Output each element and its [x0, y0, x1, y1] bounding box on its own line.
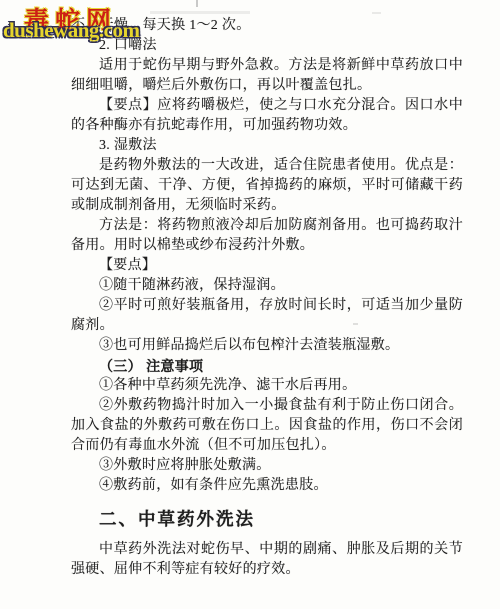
scan-artifact: [150, 11, 250, 14]
list-item-precaution-4: ④敷药前，如有条件应先熏洗患肢。: [71, 476, 463, 496]
heading-section-3-precautions: （三） 注意事项: [71, 356, 463, 376]
watermark-site-url: dushewang.com: [3, 18, 139, 43]
scanned-document-page: 不易干燥，每天换 1～2 次。 2. 口嚼法 适用于蛇伤早期与野外急救。方法是将…: [0, 0, 500, 609]
label-keypoints: 【要点】: [71, 256, 463, 276]
heading-method-3-wet-compress: 3. 湿敷法: [71, 136, 463, 156]
list-item-precaution-1: ①各种中草药须先洗净、滤干水后再用。: [71, 376, 463, 396]
document-body: 不易干燥，每天换 1～2 次。 2. 口嚼法 适用于蛇伤早期与野外急救。方法是将…: [71, 16, 463, 580]
list-item-keypoint-2: ②平时可煎好装瓶备用，存放时间长时，可适当加少量防腐剂。: [71, 296, 463, 336]
paragraph-wet-compress-advantages: 是药物外敷法的一大改进，适合住院患者使用。优点是：可达到无菌、干净、方便，省掉捣…: [71, 156, 463, 216]
paragraph-mouth-chewing-keypoint: 【要点】应将药嚼极烂，使之与口水充分混合。因口水中的各种酶亦有抗蛇毒作用，可加强…: [71, 96, 463, 136]
list-item-keypoint-3: ③也可用鲜品捣烂后以布包榨汁去渣装瓶湿敷。: [71, 336, 463, 356]
list-item-precaution-3: ③外敷时应将肿胀处敷满。: [71, 456, 463, 476]
paragraph-mouth-chewing-usage: 适用于蛇伤早期与野外急救。方法是将新鲜中草药放口中细细咀嚼，嚼烂后外敷伤口，再以…: [71, 56, 463, 96]
heading-chapter-2-herbal-external-wash: 二、中草药外洗法: [71, 506, 463, 532]
paragraph-wet-compress-method: 方法是：将药物煎液冷却后加防腐剂备用。也可捣药取汁备用。用时以棉垫或纱布浸药汁外…: [71, 216, 463, 256]
scan-artifact: [196, 0, 198, 7]
scan-artifact: [372, 12, 381, 14]
list-item-precaution-2: ②外敷药物捣汁时加入一小撮食盐有利于防止伤口闭合。加入食盐的外敷药可敷在伤口上。…: [71, 396, 463, 456]
paragraph-external-wash-intro: 中草药外洗法对蛇伤早、中期的剧痛、肿胀及后期的关节强硬、屈伸不利等症有较好的疗效…: [71, 540, 463, 580]
list-item-keypoint-1: ①随干随淋药液，保持湿润。: [71, 276, 463, 296]
